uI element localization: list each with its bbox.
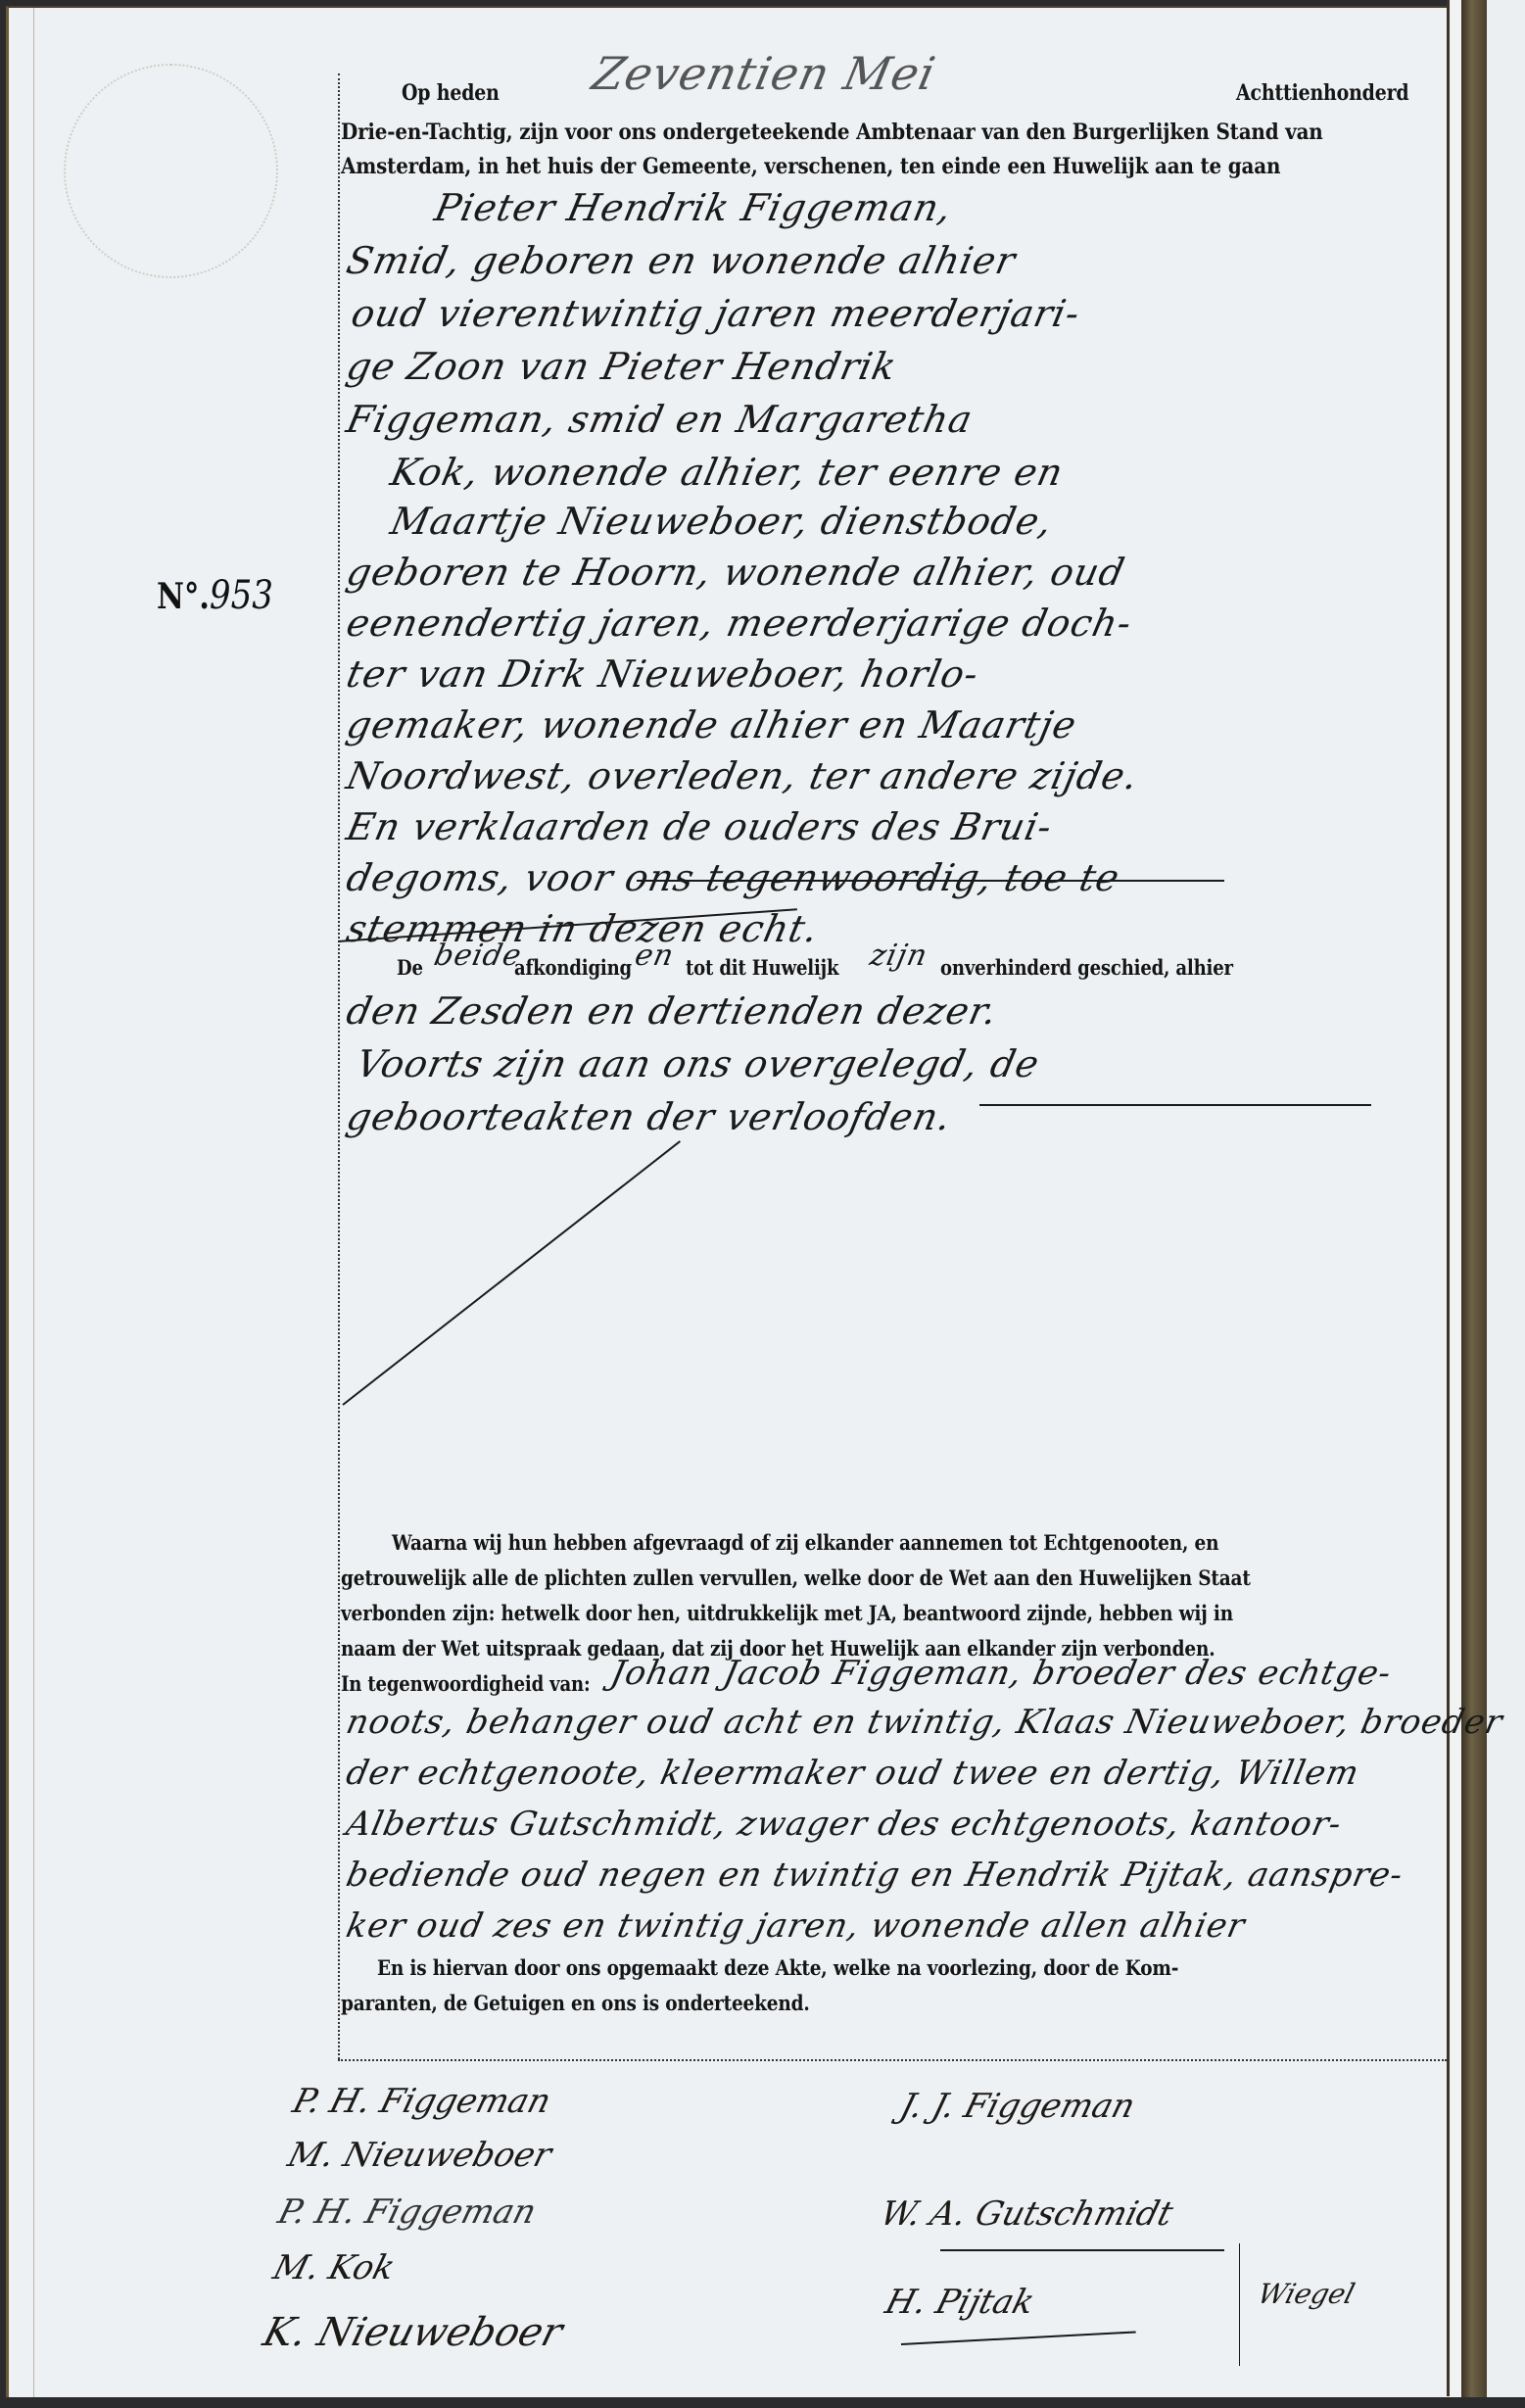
signature: P. H. Figgeman — [289, 2082, 555, 2121]
party-line: degoms, voor ons tegenwoordig, toe te — [343, 856, 1123, 899]
party-line: ge Zoon van Pieter Hendrik — [343, 345, 901, 388]
proclamation-line: geboorteakten der verloofden. — [343, 1095, 956, 1138]
proclamation-beide: beide — [431, 939, 525, 973]
year-start-label: Achttienhonderd — [1236, 80, 1408, 106]
witness-line: der echtgenoote, kleermaker oud twee en … — [343, 1754, 1363, 1793]
filler-stroke — [979, 1104, 1371, 1106]
closing-line: Waarna wij hun hebben afgevraagd of zij … — [392, 1530, 1218, 1555]
proclamation-tot-dit-huwelijk: tot dit Huwelijk — [686, 955, 838, 980]
proclamation-zijn: zijn — [867, 939, 930, 973]
faded-stamp-icon — [64, 64, 278, 278]
form-border-vertical — [338, 73, 340, 2059]
scan-background — [0, 2397, 1525, 2408]
signature: W. A. Gutschmidt — [877, 2194, 1177, 2234]
signature: M. Kok — [269, 2248, 400, 2288]
signature: K. Nieuweboer — [259, 2310, 567, 2355]
party-line: Noordwest, overleden, ter andere zijde. — [343, 754, 1142, 797]
signature-underline — [940, 2249, 1224, 2251]
signature: Wiegel — [1255, 2278, 1358, 2310]
record-number: N°.953 — [157, 573, 273, 618]
final-line: En is hiervan door ons opgemaakt deze Ak… — [377, 1955, 1178, 1980]
witness-line: Albertus Gutschmidt, zwager des echtgeno… — [343, 1805, 1346, 1844]
signature: J. J. Figgeman — [896, 2087, 1139, 2126]
party-line: Kok, wonende alhier, ter eenre en — [387, 451, 1068, 494]
date-handwritten: Zeventien Mei — [588, 47, 940, 100]
witness-line: noots, behanger oud acht en twintig, Kla… — [343, 1703, 1506, 1742]
party-line: geboren te Hoorn, wonende alhier, oud — [343, 551, 1129, 594]
book-binding — [1461, 0, 1487, 2400]
signature-divider — [1239, 2243, 1240, 2366]
record-number-prefix: N°. — [157, 576, 210, 617]
header-line-3: Amsterdam, in het huis der Gemeente, ver… — [341, 154, 1280, 179]
closing-line: verbonden zijn: hetwelk door hen, uitdru… — [341, 1601, 1233, 1625]
signature: P. H. Figgeman — [274, 2192, 541, 2232]
party-line: ter van Dirk Nieuweboer, horlo- — [343, 652, 983, 696]
final-line: paranten, de Getuigen en ons is ondertee… — [341, 1991, 810, 2015]
party-line: eenendertig jaren, meerderjarige doch- — [343, 602, 1136, 645]
next-page-edge — [1487, 0, 1525, 2400]
op-heden-label: Op heden — [402, 80, 500, 106]
filler-stroke — [637, 880, 1224, 882]
form-border-horizontal — [338, 2059, 1447, 2061]
closing-line: getrouwelijk alle de plichten zullen ver… — [341, 1565, 1251, 1590]
record-number-value: 953 — [210, 573, 273, 618]
witness-line: bediende oud negen en twintig en Hendrik… — [343, 1855, 1407, 1895]
witness-line: Johan Jacob Figgeman, broeder des echtge… — [607, 1654, 1395, 1693]
witness-line: ker oud zes en twintig jaren, wonende al… — [343, 1906, 1249, 1946]
signature: M. Nieuweboer — [284, 2136, 556, 2175]
party-line: Maartje Nieuweboer, dienstbode, — [387, 500, 1057, 543]
proclamation-de: De — [397, 955, 423, 980]
party-line: En verklaarden de ouders des Brui- — [343, 805, 1057, 848]
margin-rule — [33, 8, 34, 2398]
proclamation-rest: onverhinderd geschied, alhier — [940, 955, 1233, 980]
proclamation-en: en — [632, 939, 678, 973]
proclamation-line: Voorts zijn aan ons overgelegd, de — [353, 1042, 1043, 1085]
party-line: Smid, geboren en wonende alhier — [343, 239, 1020, 282]
signature: H. Pijtak — [882, 2283, 1039, 2322]
party-line: gemaker, wonende alhier en Maartje — [343, 703, 1080, 746]
proclamation-afkondiging: afkondiging — [514, 955, 632, 980]
party-line: stemmen in dezen echt. — [343, 907, 823, 950]
proclamation-line: den Zesden en dertienden dezer. — [343, 989, 1002, 1033]
party-line: Pieter Hendrik Figgeman, — [431, 186, 956, 229]
header-line-2: Drie-en-Tachtig, zijn voor ons ondergete… — [341, 120, 1323, 145]
witness-label: In tegenwoordigheid van: — [341, 1671, 590, 1696]
party-line: oud vierentwintig jaren meerderjari- — [348, 292, 1084, 335]
party-line: Figgeman, smid en Margaretha — [343, 398, 977, 441]
